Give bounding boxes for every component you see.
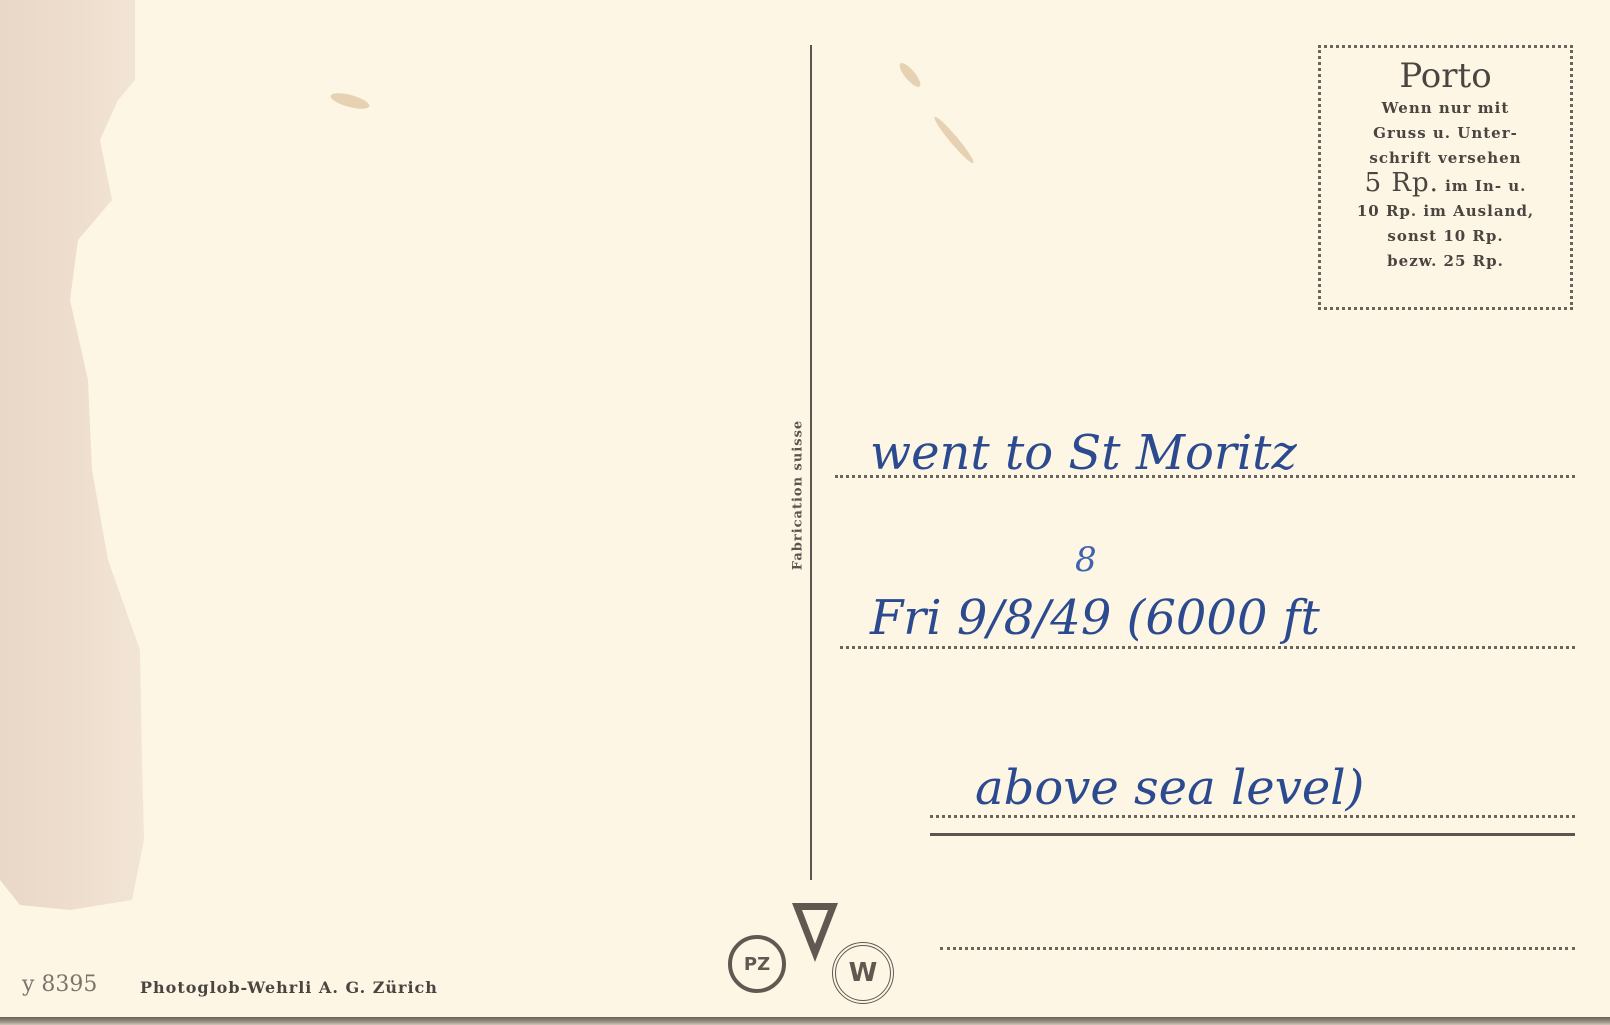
- pz-logo-text: PZ: [744, 954, 770, 975]
- stain: [932, 114, 977, 165]
- postcard-back: Fabrication suisse Porto Wenn nur mit Gr…: [0, 0, 1610, 1018]
- address-line-2: [840, 646, 1575, 649]
- v-logo-icon: [790, 900, 840, 965]
- stamp-box-line-suffix: im In- u.: [1439, 177, 1527, 195]
- w-logo-text: W: [849, 958, 878, 988]
- pz-logo-icon: PZ: [728, 935, 786, 993]
- stamp-box-line: schrift versehen: [1321, 146, 1570, 171]
- handwritten-line-3: above sea level): [975, 760, 1364, 816]
- w-logo-icon: W: [832, 942, 894, 1004]
- center-divider: [810, 45, 812, 880]
- stamp-box-title: Porto: [1321, 56, 1570, 96]
- stamp-box-line: bezw. 25 Rp.: [1321, 249, 1570, 274]
- stamp-box-line: 10 Rp. im Ausland,: [1321, 199, 1570, 224]
- card-bottom-edge: [0, 1017, 1610, 1025]
- handwritten-line-1: went to St Moritz: [870, 425, 1297, 481]
- handwritten-line-2: Fri 9/8/49 (6000 ft: [870, 590, 1320, 646]
- stamp-box-line: Gruss u. Unter-: [1321, 121, 1570, 146]
- stamp-box-line: Wenn nur mit: [1321, 96, 1570, 121]
- stain: [329, 90, 371, 112]
- stain: [897, 60, 924, 89]
- torn-paper-strip: [0, 0, 150, 920]
- stamp-box: Porto Wenn nur mit Gruss u. Unter- schri…: [1318, 45, 1573, 310]
- handwritten-date-correction: 8: [1075, 540, 1097, 580]
- address-underline: [930, 833, 1575, 836]
- address-line-4: [940, 947, 1575, 950]
- fabrication-label: Fabrication suisse: [791, 420, 806, 570]
- card-number: y 8395: [22, 972, 97, 997]
- stamp-box-line: 5 Rp. im In- u.: [1321, 171, 1570, 199]
- stamp-box-line: sonst 10 Rp.: [1321, 224, 1570, 249]
- stamp-box-price: 5 Rp.: [1365, 168, 1439, 198]
- publisher-imprint: Photoglob-Wehrli A. G. Zürich: [140, 978, 438, 997]
